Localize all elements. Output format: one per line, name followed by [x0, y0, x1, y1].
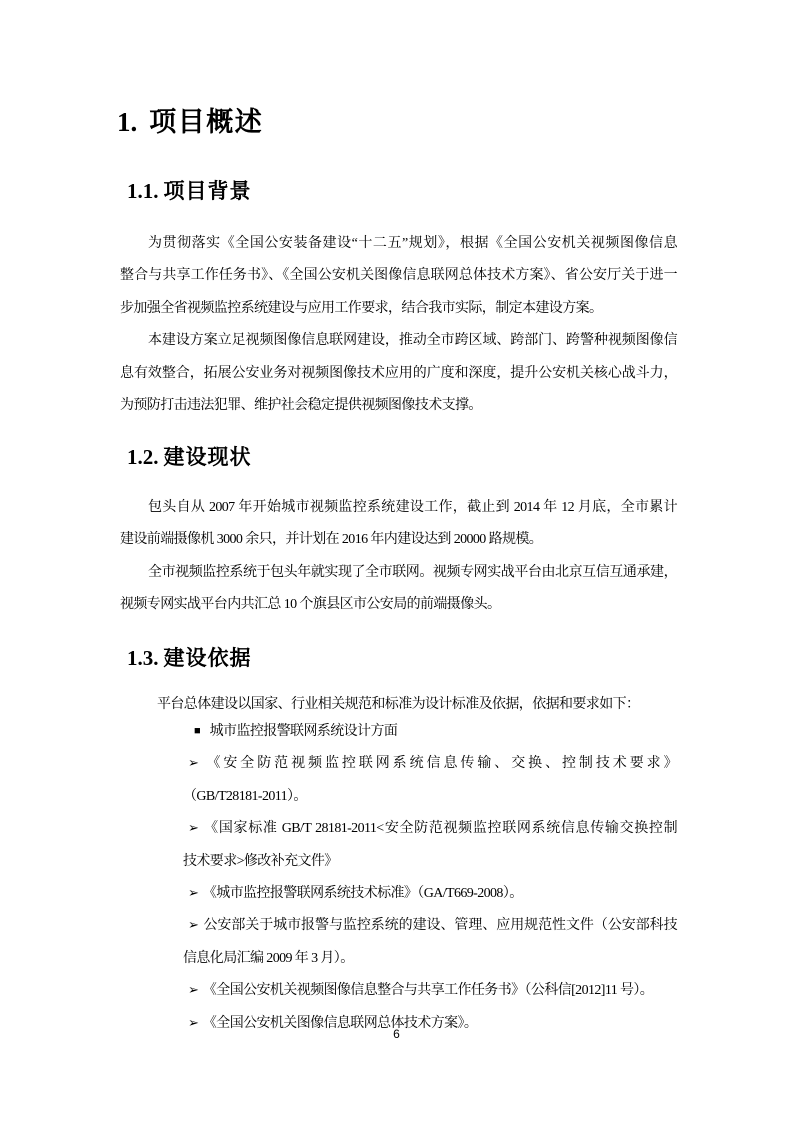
section-heading-1-2: 1.2.建设现状 — [127, 441, 252, 471]
heading-number: 1.3. — [127, 646, 159, 670]
heading-number: 1.1. — [127, 179, 159, 203]
list-item: ➢《城市监控报警联网系统技术标准》（GA/T669-2008）。 — [183, 878, 677, 910]
list-item: ➢《全国公安机关视频图像信息整合与共享工作任务书》（公科信[2012]11 号）… — [183, 975, 677, 1007]
chapter-heading: 1.项目概述 — [117, 100, 263, 139]
paragraph-line: 息有效整合，拓展公安业务对视频图像技术应用的广度和深度，提升公安机关核心战斗力， — [120, 358, 677, 390]
paragraph-line: 视频专网实战平台内共汇总 10 个旗县区市公安局的前端摄像头。 — [120, 589, 677, 621]
list-item-continuation: 技术要求>修改补充文件》 — [183, 846, 677, 878]
section-1-2-body: 包头自从 2007 年开始城市视频监控系统建设工作，截止到 2014 年 12 … — [120, 492, 677, 622]
section-1-1-body: 为贯彻落实《全国公安装备建设“十二五”规划》，根据《全国公安机关视频图像信息 整… — [120, 228, 677, 422]
list-item-continuation: （GB/T28181-2011）。 — [183, 781, 677, 813]
document-page: 1.项目概述 1.1.项目背景 为贯彻落实《全国公安装备建设“十二五”规划》，根… — [0, 0, 793, 1122]
paragraph-line: 整合与共享工作任务书》、《全国公安机关图像信息联网总体技术方案》、省公安厅关于进… — [120, 260, 677, 292]
section-title-text: 建设现状 — [164, 445, 252, 469]
paragraph-line: 本建设方案立足视频图像信息联网建设，推动全市跨区域、跨部门、跨警种视频图像信 — [120, 325, 677, 357]
arrow-bullet-icon: ➢ — [188, 821, 199, 836]
paragraph-line: 步加强全省视频监控系统建设与应用工作要求，结合我市实际，制定本建设方案。 — [120, 293, 677, 325]
section-heading-1-1: 1.1.项目背景 — [127, 175, 252, 205]
section-title-text: 建设依据 — [164, 646, 252, 670]
list-item-text: 《国家标准 GB/T 28181-2011<安全防范视频监控联网系统信息传输交换… — [203, 821, 677, 836]
chapter-title-text: 项目概述 — [149, 107, 263, 137]
list-item: ➢《国家标准 GB/T 28181-2011<安全防范视频监控联网系统信息传输交… — [183, 813, 677, 845]
arrow-bullet-icon: ➢ — [188, 756, 199, 771]
list-item-continuation: 信息化局汇编 2009 年 3 月）。 — [183, 943, 677, 975]
heading-number: 1.2. — [127, 445, 159, 469]
list-item-text: 公安部关于城市报警与监控系统的建设、管理、应用规范性文件（公安部科技 — [203, 918, 677, 933]
page-number: 6 — [0, 1027, 793, 1041]
arrow-bullet-icon: ➢ — [188, 886, 199, 901]
list-item: ■城市监控报警联网系统设计方面 — [183, 715, 677, 748]
list-item: ➢《安全防范视频监控联网系统信息传输、交换、控制技术要求》 — [183, 748, 677, 780]
paragraph-line: 包头自从 2007 年开始城市视频监控系统建设工作，截止到 2014 年 12 … — [120, 492, 677, 524]
section-title-text: 项目背景 — [164, 179, 252, 203]
arrow-bullet-icon: ➢ — [188, 983, 199, 998]
square-bullet-icon: ■ — [194, 725, 201, 737]
paragraph-line: 建设前端摄像机 3000 余只，并计划在 2016 年内建设达到 20000 路… — [120, 524, 677, 556]
paragraph-line: 为预防打击违法犯罪、维护社会稳定提供视频图像技术支撑。 — [120, 390, 677, 422]
list-item-text: 《全国公安机关视频图像信息整合与共享工作任务书》（公科信[2012]11 号）。 — [203, 983, 653, 998]
list-item-text: 《城市监控报警联网系统技术标准》（GA/T669-2008）。 — [203, 886, 523, 901]
section-heading-1-3: 1.3.建设依据 — [127, 642, 252, 672]
heading-number: 1. — [117, 107, 137, 137]
list-item-text: 城市监控报警联网系统设计方面 — [210, 724, 398, 739]
list-item: ➢公安部关于城市报警与监控系统的建设、管理、应用规范性文件（公安部科技 — [183, 910, 677, 942]
paragraph-line: 全市视频监控系统于包头年就实现了全市联网。视频专网实战平台由北京互信互通承建， — [120, 557, 677, 589]
list-item-text: 《安全防范视频监控联网系统信息传输、交换、控制技术要求》 — [203, 756, 677, 771]
arrow-bullet-icon: ➢ — [188, 918, 199, 933]
standards-list: ■城市监控报警联网系统设计方面 ➢《安全防范视频监控联网系统信息传输、交换、控制… — [183, 715, 677, 1040]
paragraph-line: 为贯彻落实《全国公安装备建设“十二五”规划》，根据《全国公安机关视频图像信息 — [120, 228, 677, 260]
